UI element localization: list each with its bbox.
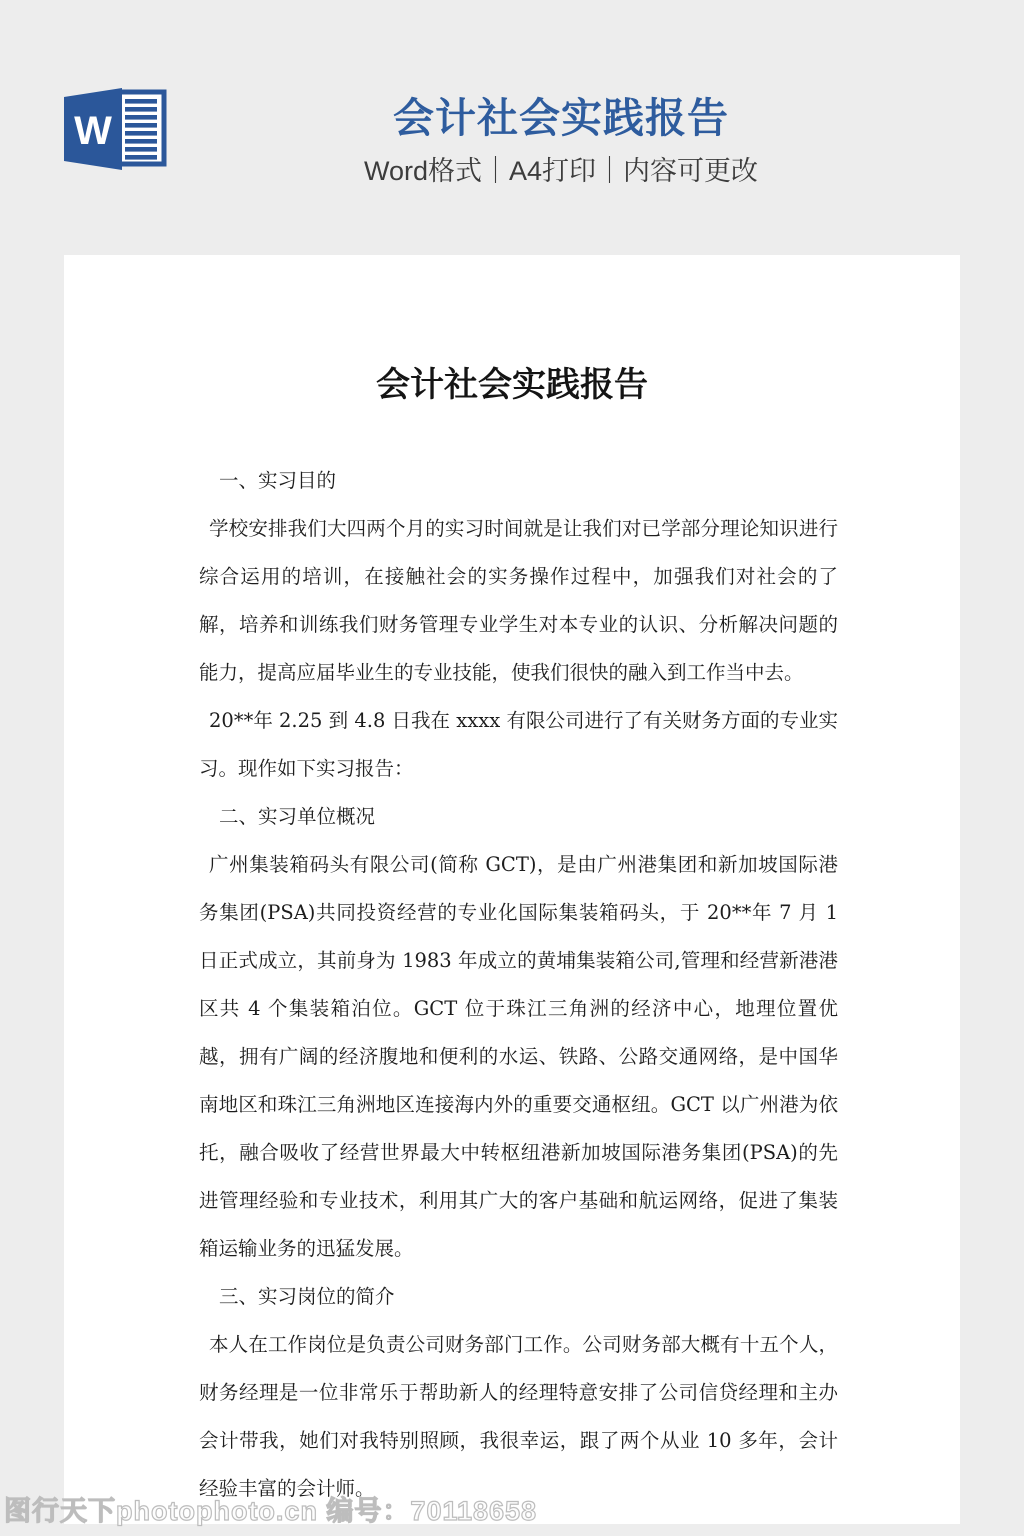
section-heading-2: 二、实习单位概况 (199, 793, 838, 841)
template-subtitle: Word格式｜A4打印｜内容可更改 (98, 156, 1024, 186)
header-text-block: 会计社会实践报告 Word格式｜A4打印｜内容可更改 (98, 0, 1024, 186)
document-body: 一、实习目的 学校安排我们大四两个月的实习时间就是让我们对已学部分理论知识进行综… (199, 457, 838, 1513)
section-2-paragraph-1: 广州集装箱码头有限公司(简称 GCT)，是由广州港集团和新加坡国际港务集团(PS… (199, 841, 838, 1273)
section-3-paragraph-1: 本人在工作岗位是负责公司财务部门工作。公司财务部大概有十五个人，财务经理是一位非… (199, 1321, 838, 1513)
section-1-paragraph-1: 学校安排我们大四两个月的实习时间就是让我们对已学部分理论知识进行综合运用的培训，… (199, 505, 838, 697)
section-1-paragraph-2: 20**年 2.25 到 4.8 日我在 xxxx 有限公司进行了有关财务方面的… (199, 697, 838, 793)
header: W 会计社会实践报告 Word格式｜A4打印｜内容可更改 (0, 0, 1024, 255)
template-title: 会计社会实践报告 (98, 96, 1024, 140)
document-page: 会计社会实践报告 一、实习目的 学校安排我们大四两个月的实习时间就是让我们对已学… (64, 255, 960, 1524)
section-heading-3: 三、实习岗位的简介 (199, 1273, 838, 1321)
site-watermark: 图行天下photophoto.cn 编号：70118658 (4, 1489, 537, 1528)
section-heading-1: 一、实习目的 (199, 457, 838, 505)
document-title: 会计社会实践报告 (64, 363, 960, 407)
